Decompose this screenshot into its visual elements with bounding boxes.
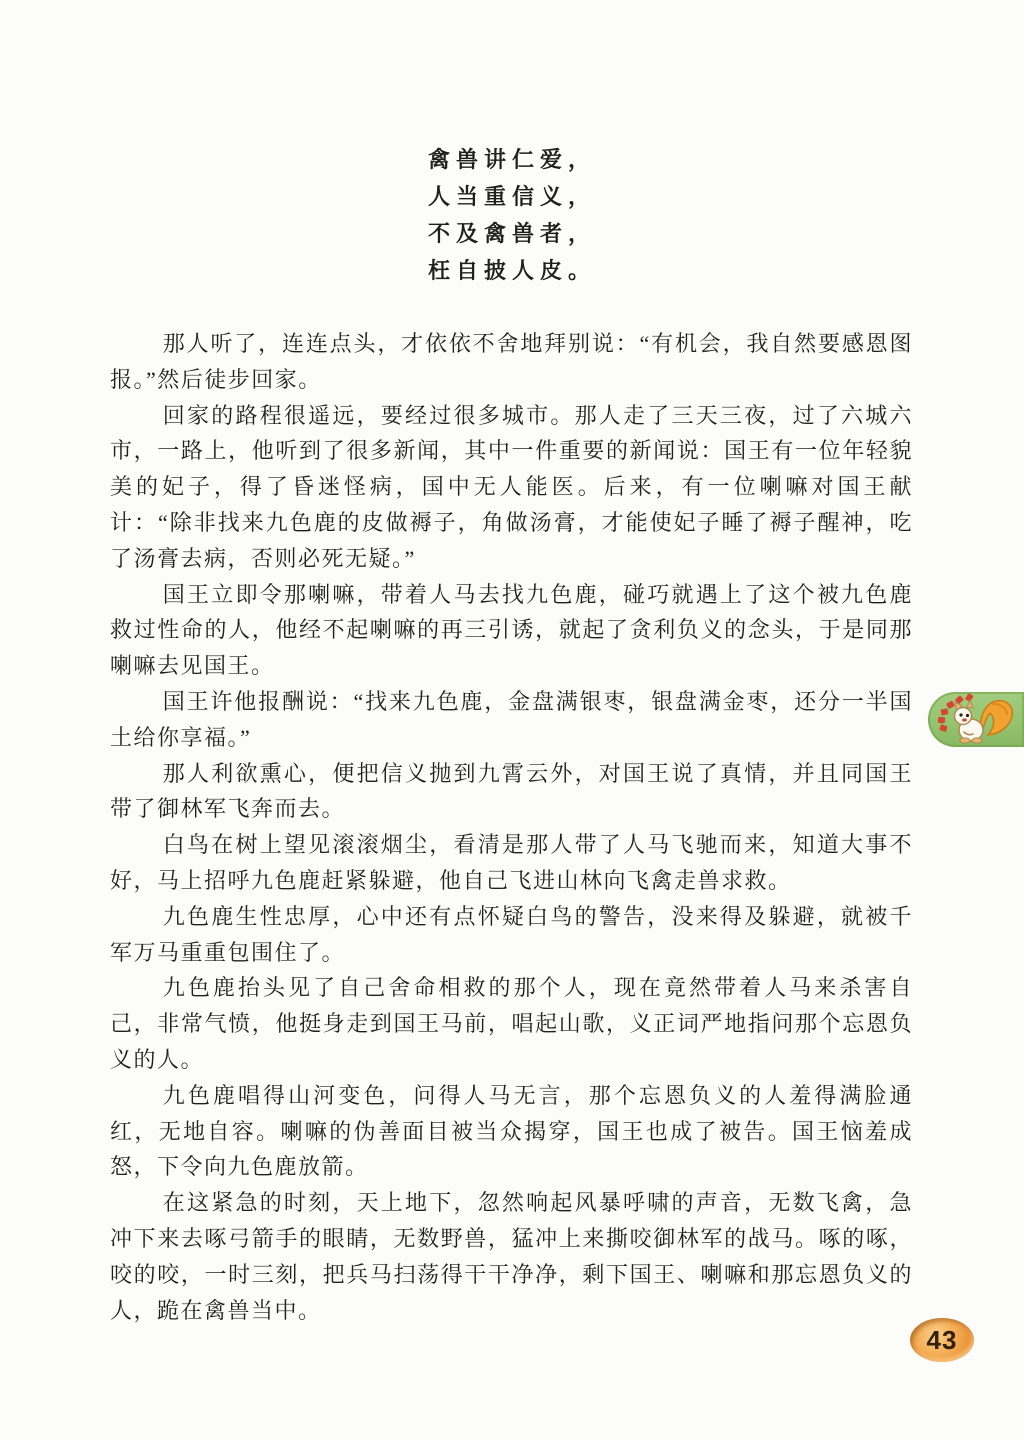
story-paragraph: 九色鹿唱得山河变色，问得人马无言，那个忘恩负义的人羞得满脸通红，无地自容。喇嘛的… <box>110 1078 913 1185</box>
story-paragraph: 国王立即令那喇嘛，带着人马去找九色鹿，碰巧就遇上了这个被九色鹿救过性命的人，他经… <box>110 577 913 684</box>
chapter-side-tab <box>928 692 1024 747</box>
page-number: 43 <box>927 1327 958 1353</box>
textbook-page: 禽兽讲仁爱， 人当重信义， 不及禽兽者， 枉自披人皮。 那人听了，连连点头，才依… <box>0 0 1024 1439</box>
poem-line: 人当重信义， <box>0 178 1024 215</box>
story-paragraph: 那人听了，连连点头，才依依不舍地拜别说：“有机会，我自然要感恩图报。”然后徒步回… <box>110 326 913 398</box>
poem-line: 不及禽兽者， <box>0 215 1024 252</box>
poem-line: 枉自披人皮。 <box>0 252 1024 289</box>
story-paragraph: 九色鹿生性忠厚，心中还有点怀疑白鸟的警告，没来得及躲避，就被千军万马重重包围住了… <box>110 899 913 971</box>
poem-block: 禽兽讲仁爱， 人当重信义， 不及禽兽者， 枉自披人皮。 <box>0 141 1024 289</box>
story-paragraph: 国王许他报酬说：“找来九色鹿，金盘满银枣，银盘满金枣，还分一半国土给你享福。” <box>110 684 913 756</box>
poem-line: 禽兽讲仁爱， <box>0 141 1024 178</box>
story-text: 那人听了，连连点头，才依依不舍地拜别说：“有机会，我自然要感恩图报。”然后徒步回… <box>110 326 913 1328</box>
story-paragraph: 在这紧急的时刻，天上地下，忽然响起风暴呼啸的声音，无数飞禽，急冲下来去啄弓箭手的… <box>110 1185 913 1328</box>
story-paragraph: 那人利欲熏心，便把信义抛到九霄云外，对国王说了真情，并且同国王带了御林军飞奔而去… <box>110 756 913 828</box>
story-paragraph: 白鸟在树上望见滚滚烟尘，看清是那人带了人马飞驰而来，知道大事不好，马上招呼九色鹿… <box>110 827 913 899</box>
story-paragraph: 回家的路程很遥远，要经过很多城市。那人走了三天三夜，过了六城六市，一路上，他听到… <box>110 398 913 577</box>
page-number-badge: 43 <box>910 1318 974 1362</box>
squirrel-mascot-icon <box>930 692 1024 747</box>
story-paragraph: 九色鹿抬头见了自己舍命相救的那个人，现在竟然带着人马来杀害自己，非常气愤，他挺身… <box>110 970 913 1077</box>
